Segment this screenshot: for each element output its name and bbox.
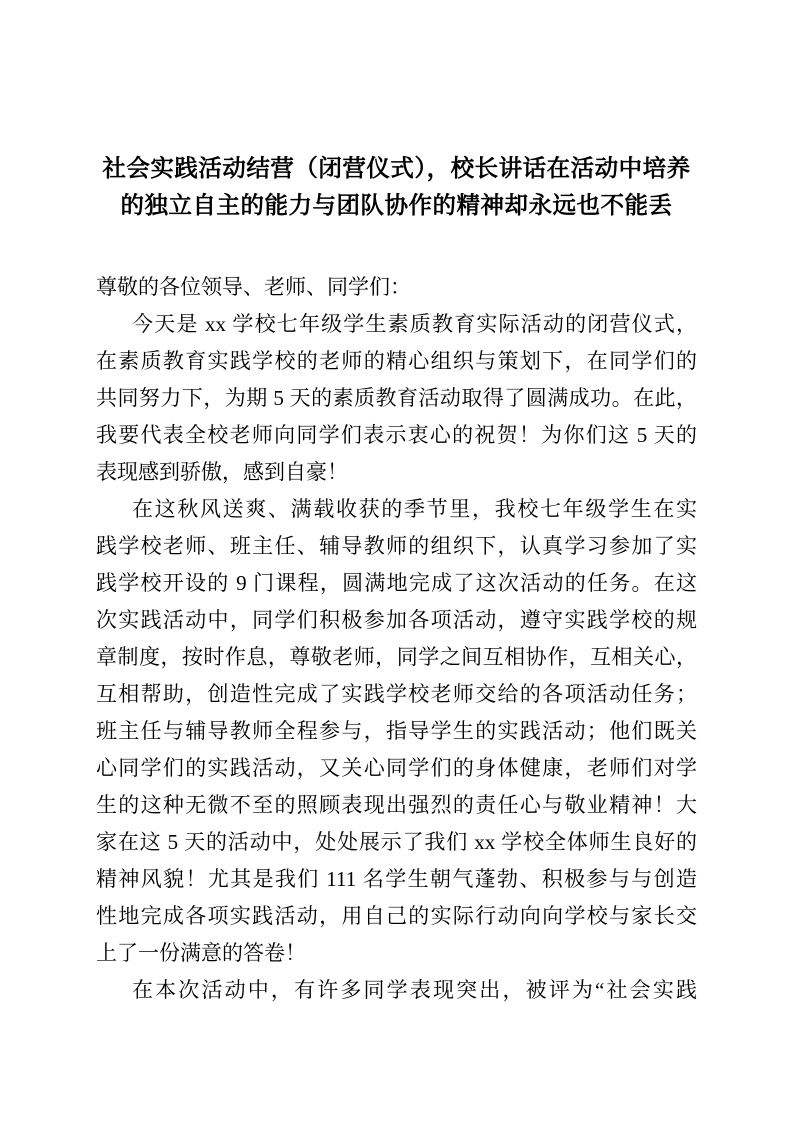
- body-line: 心同学们的实践活动，又关心同学们的身体健康，老师们对学: [96, 750, 697, 787]
- body-line: 今天是 xx 学校七年级学生素质教育实际活动的闭营仪式，: [96, 306, 697, 343]
- body-line: 我要代表全校老师向同学们表示衷心的祝贺！为你们这 5 天的: [96, 417, 697, 454]
- body-line: 表现感到骄傲，感到自豪！: [96, 454, 697, 491]
- body-line: 性地完成各项实践活动，用自己的实际行动向向学校与家长交: [96, 898, 697, 935]
- body-line: 精神风貌！尤其是我们 111 名学生朝气蓬勃、积极参与与创造: [96, 861, 697, 898]
- body-line: 章制度，按时作息，尊敬老师，同学之间互相协作，互相关心，: [96, 639, 697, 676]
- document-title: 社会实践活动结营（闭营仪式），校长讲话在活动中培养 的独立自主的能力与团队协作的…: [96, 151, 697, 225]
- body-line: 互相帮助，创造性完成了实践学校老师交给的各项活动任务；: [96, 676, 697, 713]
- body-line: 次实践活动中，同学们积极参加各项活动，遵守实践学校的规: [96, 602, 697, 639]
- document-title-line-2: 的独立自主的能力与团队协作的精神却永远也不能丢: [96, 188, 697, 225]
- body-line: 生的这种无微不至的照顾表现出强烈的责任心与敬业精神！大: [96, 787, 697, 824]
- body-line: 在这秋风送爽、满载收获的季节里，我校七年级学生在实: [96, 491, 697, 528]
- document-title-line-1: 社会实践活动结营（闭营仪式），校长讲话在活动中培养: [96, 151, 697, 188]
- body-line: 践学校开设的 9 门课程，圆满地完成了这次活动的任务。在这: [96, 565, 697, 602]
- body-line: 尊敬的各位领导、老师、同学们：: [96, 269, 697, 306]
- document-body: 尊敬的各位领导、老师、同学们：今天是 xx 学校七年级学生素质教育实际活动的闭营…: [96, 269, 697, 1009]
- body-line: 班主任与辅导教师全程参与，指导学生的实践活动；他们既关: [96, 713, 697, 750]
- body-line: 上了一份满意的答卷！: [96, 935, 697, 972]
- body-line: 共同努力下，为期 5 天的素质教育活动取得了圆满成功。在此，: [96, 380, 697, 417]
- body-line: 践学校老师、班主任、辅导教师的组织下，认真学习参加了实: [96, 528, 697, 565]
- body-line: 在素质教育实践学校的老师的精心组织与策划下，在同学们的: [96, 343, 697, 380]
- document-page: 社会实践活动结营（闭营仪式），校长讲话在活动中培养 的独立自主的能力与团队协作的…: [0, 0, 793, 1122]
- body-line: 家在这 5 天的活动中，处处展示了我们 xx 学校全体师生良好的: [96, 824, 697, 861]
- body-line: 在本次活动中，有许多同学表现突出，被评为“社会实践: [96, 972, 697, 1009]
